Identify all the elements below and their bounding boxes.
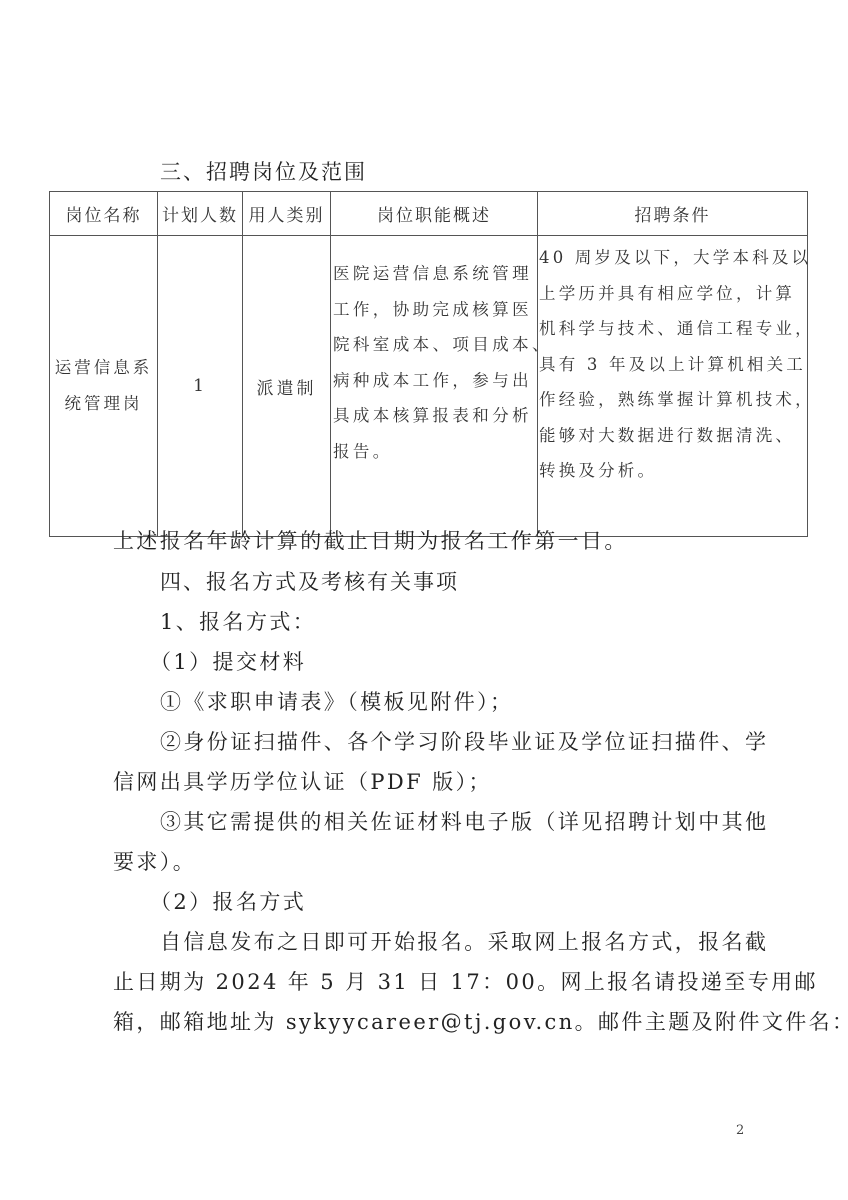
description-line: 院科室成本、项目成本、	[333, 327, 537, 363]
cell-planned-count: 1	[158, 236, 243, 537]
cell-job-description: 医院运营信息系统管理 工作，协助完成核算医 院科室成本、项目成本、 病种成本工作…	[331, 236, 538, 537]
method-line-1: 自信息发布之日即可开始报名。采取网上报名方式，报名截	[160, 927, 768, 957]
position-name-line: 统管理岗	[50, 386, 157, 422]
header-requirements: 招聘条件	[538, 192, 808, 236]
method-line-3: 箱，邮箱地址为 sykyycareer@tj.gov.cn。邮件主题及附件文件名…	[113, 1007, 848, 1037]
table-header-row: 岗位名称 计划人数 用人类别 岗位职能概述 招聘条件	[50, 192, 808, 236]
description-line: 工作，协助完成核算医	[333, 292, 537, 328]
material-3-line-2: 要求）。	[113, 847, 196, 877]
document-page: 三、招聘岗位及范围 岗位名称 计划人数 用人类别 岗位职能概述 招聘条件 运营信…	[0, 0, 848, 1200]
cell-position-name: 运营信息系 统管理岗	[50, 236, 158, 537]
material-1: ①《求职申请表》（模板见附件）；	[160, 687, 513, 717]
description-line: 报告。	[333, 434, 537, 470]
header-employment-type: 用人类别	[243, 192, 331, 236]
material-3-line-1: ③其它需提供的相关佐证材料电子版（详见招聘计划中其他	[160, 807, 768, 837]
description-line: 医院运营信息系统管理	[333, 256, 537, 292]
description-line: 具成本核算报表和分析	[333, 398, 537, 434]
description-line: 病种成本工作，参与出	[333, 363, 537, 399]
subitem-1-title: （1）提交材料	[150, 647, 306, 677]
requirement-line: 转换及分析。	[539, 453, 807, 489]
header-job-description: 岗位职能概述	[331, 192, 538, 236]
recruitment-positions-table: 岗位名称 计划人数 用人类别 岗位职能概述 招聘条件 运营信息系 统管理岗 1 …	[49, 191, 808, 537]
position-name-line: 运营信息系	[50, 350, 157, 386]
section-3-heading: 三、招聘岗位及范围	[160, 157, 367, 187]
material-2-line-2: 信网出具学历学位认证（PDF 版）；	[113, 767, 492, 797]
method-line-2: 止日期为 2024 年 5 月 31 日 17：00。网上报名请投递至专用邮	[113, 967, 818, 997]
requirement-line: 作经验，熟练掌握计算机技术，	[539, 382, 807, 418]
subitem-2-title: （2）报名方式	[150, 887, 306, 917]
item-1-title: 1、报名方式：	[160, 607, 316, 637]
header-position-name: 岗位名称	[50, 192, 158, 236]
cell-requirements: 40 周岁及以下，大学本科及以 上学历并具有相应学位，计算 机科学与技术、通信工…	[538, 236, 808, 537]
requirement-line: 机科学与技术、通信工程专业，	[539, 311, 807, 347]
requirement-line: 能够对大数据进行数据清洗、	[539, 418, 807, 454]
requirement-line: 具有 3 年及以上计算机相关工	[539, 347, 807, 383]
header-planned-count: 计划人数	[158, 192, 243, 236]
material-2-line-1: ②身份证扫描件、各个学习阶段毕业证及学位证扫描件、学	[160, 727, 768, 757]
requirement-line: 上学历并具有相应学位，计算	[539, 276, 807, 312]
table-row: 运营信息系 统管理岗 1 派遣制 医院运营信息系统管理 工作，协助完成核算医 院…	[50, 236, 808, 537]
page-number: 2	[736, 1123, 744, 1138]
section-4-heading: 四、报名方式及考核有关事项	[160, 567, 459, 597]
cell-employment-type: 派遣制	[243, 236, 331, 537]
age-note: 上述报名年龄计算的截止日期为报名工作第一日。	[113, 526, 628, 556]
requirement-line: 40 周岁及以下，大学本科及以	[539, 240, 807, 276]
